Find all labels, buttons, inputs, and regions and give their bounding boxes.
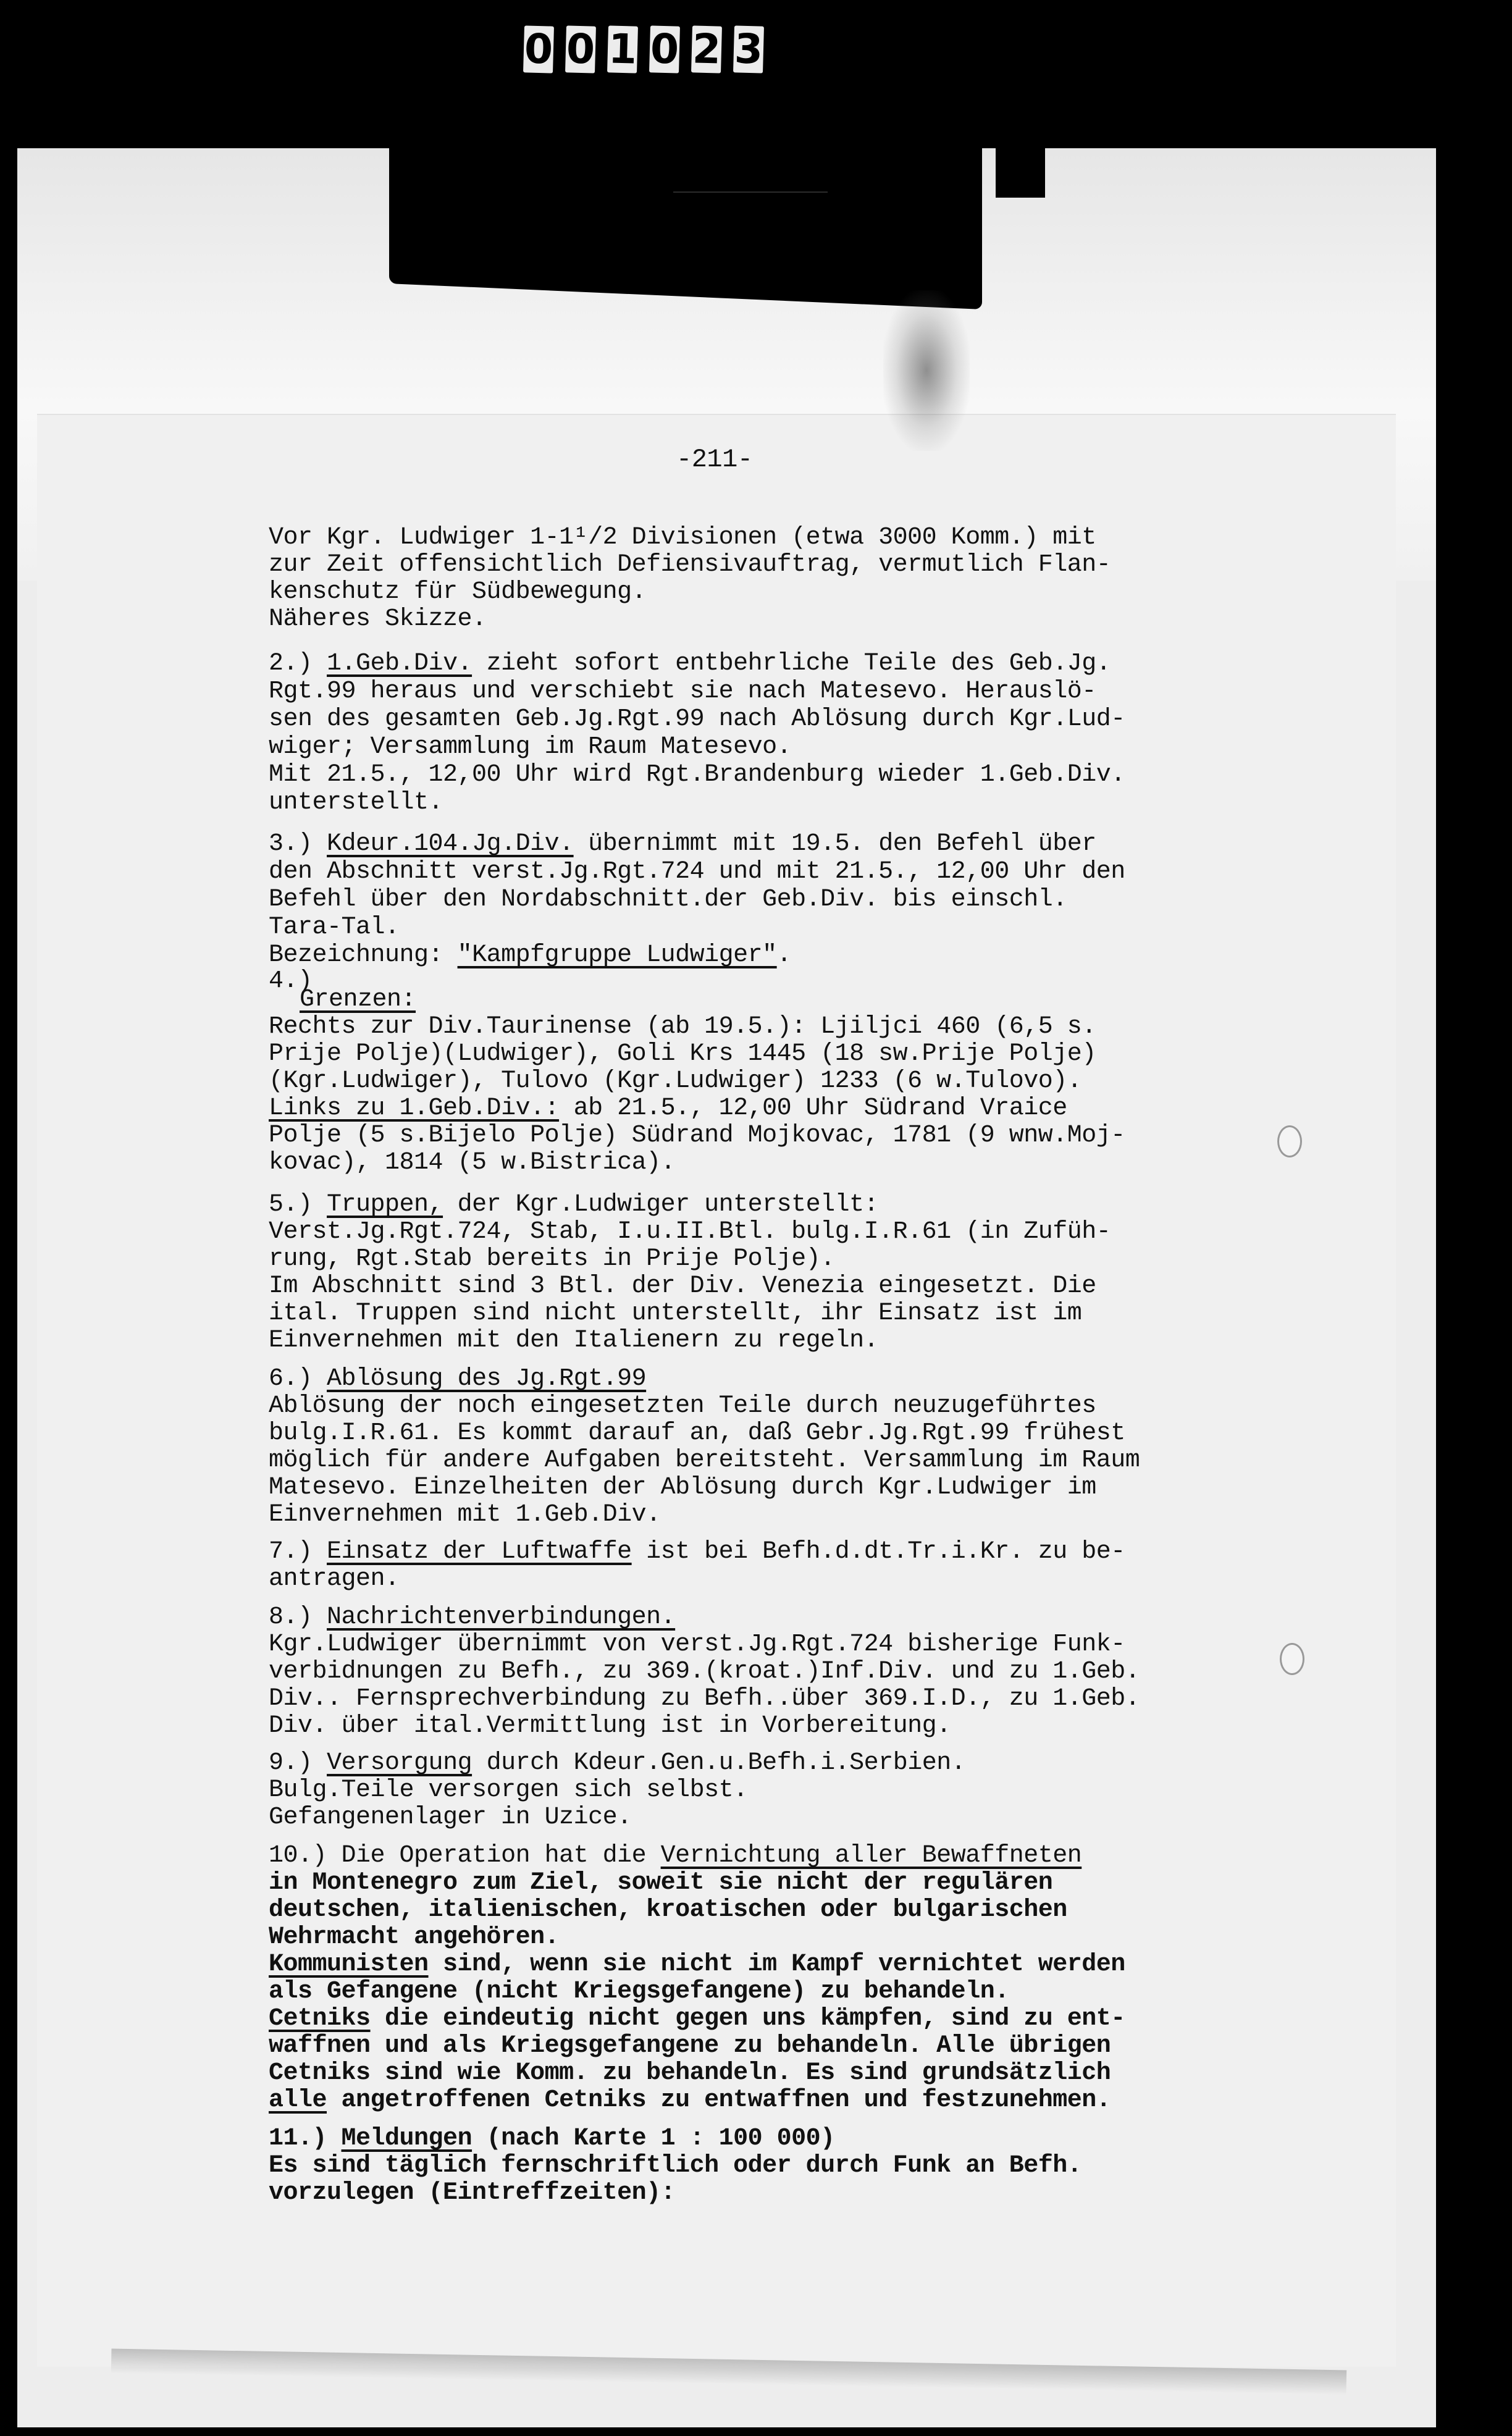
section-text: ital. Truppen sind nicht unterstellt, ih… — [269, 1300, 1081, 1328]
section-text: Polje (5 s.Bijelo Polje) Südrand Mojkova… — [269, 1122, 1125, 1150]
section-text: Im Abschnitt sind 3 Btl. der Div. Venezi… — [269, 1272, 1096, 1301]
section-text: Die Operation hat die — [327, 1842, 661, 1870]
section-number: 11.) — [269, 2125, 327, 2152]
section-text: bulg.I.R.61. Es kommt darauf an, daß Geb… — [269, 1419, 1125, 1448]
section-text: vorzulegen (Eintreffzeiten): — [269, 2179, 675, 2207]
section-text: Rgt.99 heraus und verschiebt sie nach Ma… — [269, 678, 1096, 706]
section-text: zieht sofort entbehrliche Teile des Geb.… — [472, 650, 1111, 678]
intro-line: Näheres Skizze. — [269, 605, 487, 634]
section-text: Verst.Jg.Rgt.724, Stab, I.u.II.Btl. bulg… — [269, 1218, 1111, 1246]
section-number: 7.) — [269, 1538, 313, 1566]
punch-hole-mark — [1280, 1643, 1304, 1675]
section-text: durch Kdeur.Gen.u.Befh.i.Serbien. — [472, 1749, 965, 1777]
left-boundary-line: Links zu 1.Geb.Div.: ab 21.5., 12,00 Uhr… — [269, 1094, 1067, 1123]
section-text: sind, wenn sie nicht im Kampf vernichtet… — [429, 1951, 1125, 1978]
typewritten-text: -211- Vor Kgr. Ludwiger 1-1¹/2 Divisione… — [0, 0, 1512, 2436]
designation-value: "Kampfgruppe Ludwiger" — [458, 941, 777, 969]
section-text: Prije Polje)(Ludwiger), Goli Krs 1445 (1… — [269, 1040, 1096, 1069]
intro-line: kenschutz für Südbewegung. — [269, 578, 646, 607]
section-heading: Kdeur.104.Jg.Div. — [327, 830, 574, 858]
section-text: in Montenegro zum Ziel, soweit sie nicht… — [269, 1869, 1052, 1897]
kommunisten-label: Kommunisten — [269, 1951, 429, 1978]
section-text: ist bei Befh.d.dt.Tr.i.Kr. zu be- — [632, 1538, 1125, 1566]
section-text: Cetniks sind wie Komm. zu behandeln. Es … — [269, 2059, 1111, 2088]
section-heading: Grenzen: — [300, 986, 416, 1014]
boundary-label: Rechts zur Div.Taurinense (ab 19.5.): — [269, 1013, 820, 1041]
alle-line: alle angetroffenen Cetniks zu entwaffnen… — [269, 2086, 1111, 2115]
cetniks-label: Cetniks — [269, 2005, 371, 2033]
section-text: Mit 21.5., 12,00 Uhr wird Rgt.Brandenbur… — [269, 761, 1125, 789]
designation-label: Bezeichnung: — [269, 941, 458, 969]
punch-hole-mark — [1277, 1125, 1302, 1157]
section-text: Kgr.Ludwiger übernimmt von verst.Jg.Rgt.… — [269, 1631, 1125, 1659]
section-text: unterstellt. — [269, 789, 443, 817]
boundary-label: Links zu 1.Geb.Div.: — [269, 1094, 559, 1122]
section-9-first-line: 9.) Versorgung durch Kdeur.Gen.u.Befh.i.… — [269, 1749, 965, 1778]
cetniks-line: Cetniks die eindeutig nicht gegen uns kä… — [269, 2005, 1125, 2033]
section-2-first-line: 2.) 1.Geb.Div. zieht sofort entbehrliche… — [269, 650, 1111, 678]
section-number: 3.) — [269, 830, 313, 858]
section-text: ab 21.5., 12,00 Uhr Südrand Vraice — [559, 1094, 1067, 1122]
section-text: verbidnungen zu Befh., zu 369.(kroat.)In… — [269, 1658, 1140, 1686]
section-text: Wehrmacht angehören. — [269, 1923, 559, 1952]
right-boundary-line: Rechts zur Div.Taurinense (ab 19.5.): Lj… — [269, 1013, 1096, 1041]
section-text: (Kgr.Ludwiger), Tulovo (Kgr.Ludwiger) 12… — [269, 1067, 1081, 1096]
section-text: Tara-Tal. — [269, 913, 400, 942]
section-text: (nach Karte 1 : 100 000) — [472, 2125, 835, 2152]
section-text: den Abschnitt verst.Jg.Rgt.724 und mit 2… — [269, 858, 1125, 886]
section-text: möglich für andere Aufgaben bereitsteht.… — [269, 1447, 1140, 1475]
section-text: Div. über ital.Vermittlung ist in Vorber… — [269, 1712, 951, 1741]
section-text: die eindeutig nicht gegen uns kämpfen, s… — [371, 2005, 1125, 2033]
section-8-first-line: 8.) Nachrichtenverbindungen. — [269, 1603, 675, 1632]
designation-line: Bezeichnung: "Kampfgruppe Ludwiger". — [269, 941, 791, 970]
section-heading: Vernichtung aller Bewaffneten — [661, 1842, 1082, 1870]
section-heading: Nachrichtenverbindungen. — [327, 1603, 675, 1631]
section-3-first-line: 3.) Kdeur.104.Jg.Div. übernimmt mit 19.5… — [269, 830, 1096, 859]
section-6-first-line: 6.) Ablösung des Jg.Rgt.99 — [269, 1365, 646, 1393]
section-heading: Ablösung des Jg.Rgt.99 — [327, 1365, 646, 1393]
section-heading: 1.Geb.Div. — [327, 650, 472, 678]
page-number: -211- — [676, 445, 753, 474]
punctuation: . — [777, 941, 792, 969]
intro-line: zur Zeit offensichtlich Defiensivauftrag… — [269, 551, 1111, 579]
section-heading: Truppen, — [327, 1191, 443, 1219]
section-text: antragen. — [269, 1565, 400, 1594]
section-text: Matesevo. Einzelheiten der Ablösung durc… — [269, 1474, 1096, 1502]
section-text: kovac), 1814 (5 w.Bistrica). — [269, 1149, 675, 1177]
section-text: sen des gesamten Geb.Jg.Rgt.99 nach Ablö… — [269, 705, 1125, 734]
section-text: rung, Rgt.Stab bereits in Prije Polje). — [269, 1245, 835, 1274]
section-text: Gefangenenlager in Uzice. — [269, 1804, 632, 1832]
section-text: Bulg.Teile versorgen sich selbst. — [269, 1776, 748, 1805]
section-number: 8.) — [269, 1603, 313, 1631]
section-text: waffnen und als Kriegsgefangene zu behan… — [269, 2032, 1111, 2060]
section-10-first-line: 10.) Die Operation hat die Vernichtung a… — [269, 1842, 1081, 1870]
section-text: übernimmt mit 19.5. den Befehl über — [574, 830, 1096, 858]
section-text: Ablösung der noch eingesetzten Teile dur… — [269, 1392, 1096, 1421]
section-number: 5.) — [269, 1191, 313, 1219]
section-number: 10.) — [269, 1842, 327, 1870]
section-text: Einvernehmen mit den Italienern zu regel… — [269, 1327, 878, 1355]
section-text: Div.. Fernsprechverbindung zu Befh..über… — [269, 1685, 1140, 1713]
section-heading: Versorgung — [327, 1749, 472, 1777]
section-text: deutschen, italienischen, kroatischen od… — [269, 1896, 1067, 1925]
section-number: 9.) — [269, 1749, 313, 1777]
section-text: als Gefangene (nicht Kriegsgefangene) zu… — [269, 1978, 1009, 2006]
section-text: Es sind täglich fernschriftlich oder dur… — [269, 2152, 1081, 2180]
section-11-first-line: 11.) Meldungen (nach Karte 1 : 100 000) — [269, 2125, 835, 2153]
section-text: angetroffenen Cetniks zu entwaffnen und … — [327, 2086, 1111, 2114]
section-text: wiger; Versammlung im Raum Matesevo. — [269, 733, 791, 762]
section-heading: Meldungen — [342, 2125, 472, 2152]
section-number: 2.) — [269, 650, 313, 678]
section-text: Einvernehmen mit 1.Geb.Div. — [269, 1501, 661, 1529]
kommunisten-line: Kommunisten sind, wenn sie nicht im Kamp… — [269, 1951, 1125, 1979]
section-7-first-line: 7.) Einsatz der Luftwaffe ist bei Befh.d… — [269, 1538, 1125, 1566]
section-text: der Kgr.Ludwiger unterstellt: — [443, 1191, 878, 1219]
alle-label: alle — [269, 2086, 327, 2114]
section-text: Befehl über den Nordabschnitt.der Geb.Di… — [269, 886, 1067, 914]
section-number: 6.) — [269, 1365, 313, 1393]
section-heading: Einsatz der Luftwaffe — [327, 1538, 632, 1566]
intro-line: Vor Kgr. Ludwiger 1-1¹/2 Divisionen (etw… — [269, 524, 1096, 552]
section-text: Ljiljci 460 (6,5 s. — [820, 1013, 1096, 1041]
section-5-first-line: 5.) Truppen, der Kgr.Ludwiger unterstell… — [269, 1191, 878, 1219]
